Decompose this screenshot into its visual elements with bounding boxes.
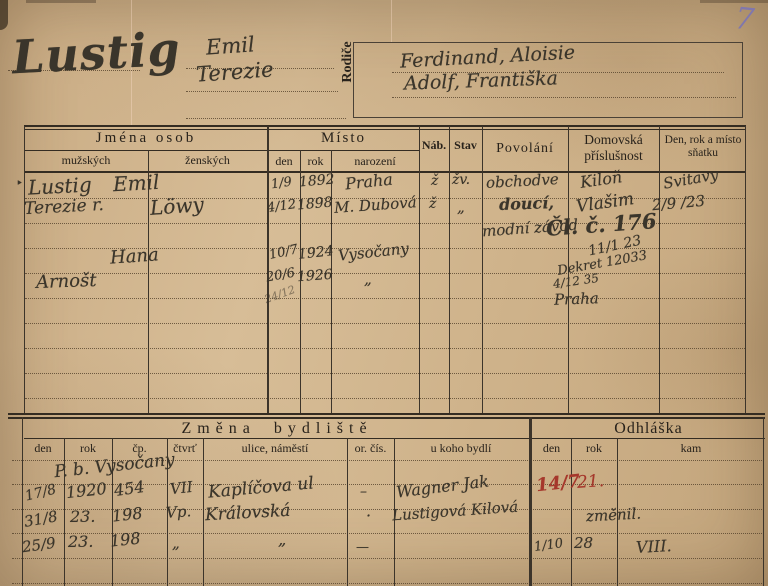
table-column-line	[763, 417, 764, 586]
entry-r7-home-city: Praha	[554, 289, 599, 309]
paper-crease	[391, 0, 392, 42]
table-column-line	[419, 126, 420, 414]
entry-r1-birthplace: Praha	[344, 170, 394, 194]
header-home-right: Domovská příslušnost	[568, 132, 659, 163]
entry-b2-day: 31/8	[23, 507, 59, 531]
entry-b3-orient-no: —	[356, 540, 369, 555]
entry-r1-marriage: Svitavy	[662, 165, 720, 192]
entry-b2-district: Vp.	[165, 502, 191, 522]
table-column-line	[571, 438, 572, 586]
entry-r1-religion: ž	[431, 173, 438, 189]
empty-ruled-line	[186, 118, 346, 119]
entry-b3-house-no: 198	[109, 528, 141, 550]
entry-r2-given: Terezie r.	[24, 195, 105, 219]
entry-b1-house-no: 454	[113, 477, 146, 500]
entry-r1-given: Emil	[112, 170, 160, 196]
scan-artifact	[0, 0, 8, 30]
header-names-group: Jména osob	[24, 130, 268, 147]
entry-b1-od-year-red: 21.	[576, 471, 604, 493]
section-divider	[8, 413, 765, 415]
table-column-line	[203, 438, 204, 586]
entry-r2-status-ditto: „	[457, 198, 465, 216]
entry-r5-year: 1926	[296, 267, 333, 285]
entry-r4-birthplace: Vysočany	[337, 239, 409, 264]
entry-r2-birthplace: M. Dubová	[333, 193, 417, 217]
entry-b3-od-year: 28	[574, 534, 593, 552]
corner-number: 7	[733, 1, 756, 38]
header-birth: narození	[331, 155, 419, 169]
table-border	[24, 125, 746, 127]
table-row-line	[25, 298, 745, 299]
header-names-male: mužských	[24, 154, 148, 168]
bottom-header-od-where: kam	[617, 442, 765, 456]
header-names-female: ženských	[148, 154, 267, 168]
header-marriage: Den, rok a místo sňatku	[661, 134, 745, 160]
entry-r2-day: 4/12	[266, 197, 297, 216]
entry-b1-street: Kaplíčova ul	[207, 473, 314, 502]
table-row-line	[25, 323, 745, 324]
section-divider	[8, 417, 765, 419]
entry-b2-orient-no: ·	[366, 506, 371, 525]
registration-card-scan: 7 Lustig Emil Terezie Rodiče Ferdinand, …	[0, 0, 768, 586]
entry-b3-od-day: 1/10	[533, 536, 564, 555]
row-pointer-mark: ‣	[16, 176, 23, 190]
table-column-line	[449, 126, 450, 414]
parents-ruled-line	[392, 97, 736, 98]
given-name-ruled-line	[186, 91, 338, 92]
bottom-header-year: rok	[64, 442, 112, 456]
table-column-line	[659, 126, 660, 414]
table-row-line	[12, 583, 762, 584]
entry-b1-district: VII	[169, 478, 193, 498]
surname-handwritten: Lustig	[11, 22, 182, 85]
section-divider-vertical	[529, 417, 532, 586]
entry-b2-house-no: 198	[111, 503, 143, 525]
entry-b3-day: 25/9	[21, 534, 57, 557]
entry-b2-living-with: Lustigová Kilová	[392, 498, 519, 525]
table-row-line	[12, 558, 762, 559]
entry-b2-street: Královská	[205, 501, 291, 525]
table-column-line	[482, 126, 483, 414]
header-religion: Náb.	[419, 139, 449, 153]
header-year: rok	[300, 155, 331, 169]
bottom-header-orient-no: or. čís.	[347, 442, 394, 456]
bottom-header-street: ulice, náměstí	[203, 442, 347, 456]
table-column-line	[24, 126, 25, 414]
table-row-line	[25, 398, 745, 399]
entry-b2-where: změnil.	[586, 505, 642, 526]
parents-label: Rodiče	[340, 32, 356, 92]
header-status: Stav	[449, 139, 482, 153]
table-column-line	[745, 126, 746, 414]
entry-b3-where: VIII.	[636, 536, 673, 557]
given-name-1-handwritten: Emil	[205, 32, 255, 59]
given-name-2-handwritten: Terezie	[195, 57, 274, 86]
entry-r5-child-name: Arnošt	[36, 270, 97, 293]
entry-r4-year: 1924	[297, 243, 334, 263]
entry-r2-marriage-date: 2/9 /23	[651, 192, 705, 215]
entry-b1-year: 1920	[65, 479, 107, 502]
entry-r1-status: žv.	[452, 172, 470, 188]
entry-r5-birthplace-ditto: „	[364, 270, 372, 288]
entry-r2-religion: ž	[429, 196, 436, 212]
table-row-line	[25, 348, 745, 349]
bottom-header-od-day: den	[532, 442, 571, 456]
table-row-line	[25, 373, 745, 374]
entry-b3-street-ditto: „	[278, 530, 286, 549]
header-place-group: Místo	[268, 130, 419, 147]
entry-r2-maiden-name: Löwy	[149, 192, 204, 220]
table-column-line	[347, 438, 348, 586]
header-day: den	[268, 155, 300, 169]
bottom-header-day: den	[22, 442, 64, 456]
entry-r2-year: 1898	[296, 194, 333, 213]
entry-b3-year: 23.	[68, 532, 93, 551]
scan-artifact	[26, 0, 96, 3]
entry-b1-od-day-red: 14/7	[535, 471, 581, 497]
bottom-left-title: Změna bydliště	[24, 420, 530, 438]
table-border	[24, 150, 419, 151]
entry-r1-day: 1/9	[270, 175, 293, 193]
entry-b3-district-ditto: „	[172, 534, 180, 552]
entry-b1-living-with: Wagner Jak	[395, 471, 490, 501]
bottom-right-title: Odhláška	[532, 420, 765, 438]
scan-artifact	[700, 0, 768, 3]
bottom-header-od-year: rok	[571, 442, 617, 456]
table-row-line	[25, 273, 745, 274]
entry-r2-occupation: doucí,	[499, 193, 555, 214]
entry-r1-year: 1892	[298, 171, 335, 190]
entry-b1-orient-no: –	[360, 484, 367, 500]
bottom-header-living-with: u koho bydlí	[394, 442, 528, 456]
entry-r1-occupation: obchodve	[486, 170, 560, 192]
entry-r4-child-name: Hana	[109, 244, 159, 268]
entry-b2-year: 23.	[70, 507, 95, 526]
header-occupation: Povolání	[482, 141, 568, 157]
entry-r4-day: 10/7	[268, 242, 300, 263]
table-column-line	[22, 417, 23, 586]
